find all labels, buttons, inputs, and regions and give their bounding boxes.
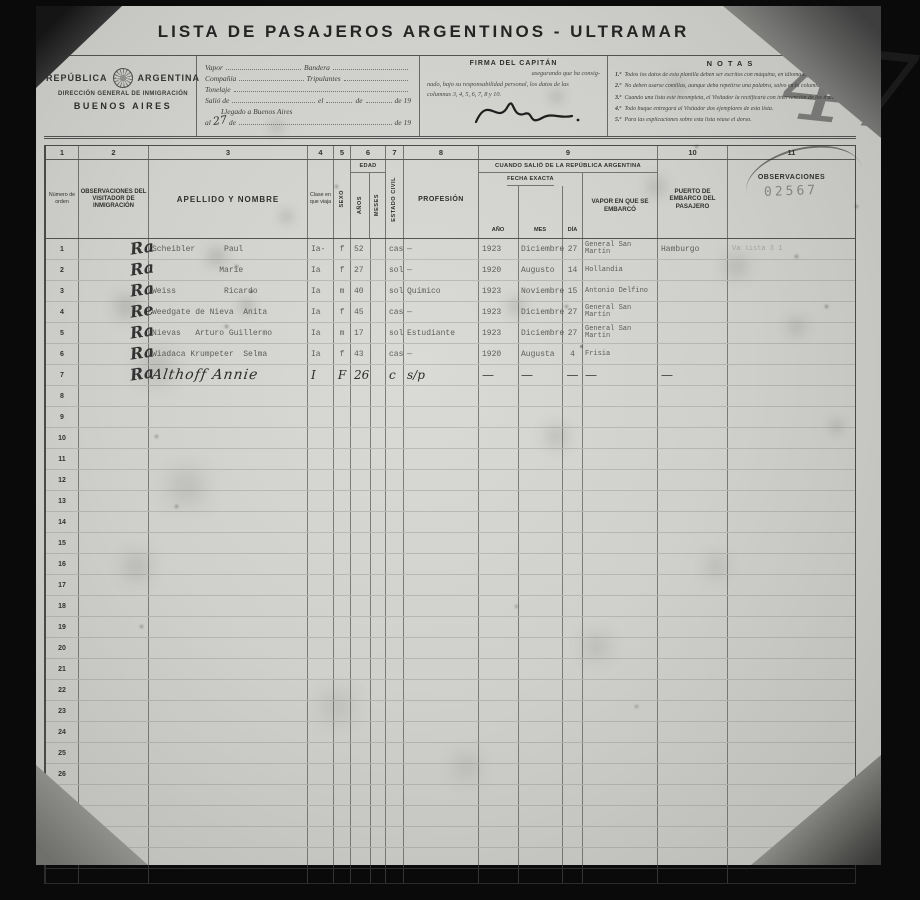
cell-text-ano: 1923 — [482, 287, 501, 296]
cell-name — [149, 785, 308, 805]
cell-clase — [308, 701, 334, 721]
cell-visitor — [79, 596, 149, 616]
cell-anos — [351, 575, 371, 595]
cell-name — [149, 470, 308, 490]
cell-ano — [479, 722, 519, 742]
cell-obs — [728, 617, 855, 637]
cell-sexo: f — [334, 302, 351, 322]
cell-ano — [479, 827, 519, 847]
cell-name — [149, 764, 308, 784]
cell-empty — [728, 869, 855, 883]
cell-sexo — [334, 722, 351, 742]
cell-dia — [563, 848, 583, 868]
cell-visitor — [79, 533, 149, 553]
col-number: 3 — [149, 146, 308, 159]
cell-text-clase: Ia — [311, 308, 321, 317]
cell-text-estado: sol — [389, 266, 403, 275]
cell-clase: Ia — [308, 323, 334, 343]
cell-dia — [563, 701, 583, 721]
cell-clase — [308, 638, 334, 658]
cell-vapor: Antonio Delfino — [583, 281, 658, 301]
cell-ano — [479, 386, 519, 406]
cell-prof — [404, 533, 479, 553]
cell-empty — [351, 869, 371, 883]
handwritten-arrival-day: 27 — [212, 113, 228, 128]
cell-vapor: Hollandia — [583, 260, 658, 280]
cell-estado — [386, 659, 404, 679]
cell-obs — [728, 449, 855, 469]
cell-dia — [563, 785, 583, 805]
cell-text-mes: Augusto — [521, 266, 555, 275]
cell-meses — [371, 470, 386, 490]
cell-empty — [308, 869, 334, 883]
visitor-mark: Ra — [129, 236, 155, 258]
cell-text-prof: — — [407, 350, 412, 359]
cell-clase: Ia — [308, 281, 334, 301]
cell-dia — [563, 554, 583, 574]
cell-ano — [479, 596, 519, 616]
cell-anos — [351, 764, 371, 784]
cell-text-name: Marie — [152, 266, 243, 275]
col-number: 6 — [351, 146, 386, 159]
cell-anos: 27 — [351, 260, 371, 280]
cell-text-clase: Ia — [311, 266, 321, 275]
cell-name — [149, 533, 308, 553]
cell-clase — [308, 596, 334, 616]
cell-obs — [728, 533, 855, 553]
cell-vapor — [583, 407, 658, 427]
cell-estado — [386, 701, 404, 721]
cell-prof — [404, 827, 479, 847]
cell-num: 16 — [46, 554, 79, 574]
cell-puerto — [658, 638, 728, 658]
cell-num: 24 — [46, 722, 79, 742]
cell-prof — [404, 701, 479, 721]
cell-sexo — [334, 512, 351, 532]
cell-estado — [386, 596, 404, 616]
cell-name — [149, 386, 308, 406]
cell-visitor — [79, 680, 149, 700]
cell-vapor — [583, 785, 658, 805]
cell-text-anos: 17 — [354, 329, 364, 338]
cell-mes: Augusta — [519, 344, 563, 364]
letterhead-buenos-aires: BUENOS AIRES — [50, 101, 196, 111]
cell-name — [149, 827, 308, 847]
table-row: 7Althoff AnnieIF26cs/p—————Ra — [46, 365, 855, 386]
cell-text-name: Althoff Annie — [151, 367, 260, 383]
cell-num: 1 — [46, 239, 79, 259]
cell-clase — [308, 512, 334, 532]
cell-name — [149, 407, 308, 427]
cell-estado: cas — [386, 344, 404, 364]
cell-obs — [728, 365, 855, 385]
cell-puerto — [658, 743, 728, 763]
dotted-line — [326, 102, 352, 103]
cell-clase — [308, 470, 334, 490]
cell-visitor — [79, 470, 149, 490]
cell-ano — [479, 680, 519, 700]
cell-meses — [371, 638, 386, 658]
dotted-line — [239, 124, 392, 125]
cell-sexo — [334, 638, 351, 658]
cell-prof — [404, 470, 479, 490]
cell-text-dia: 4 — [570, 350, 575, 359]
cell-anos — [351, 827, 371, 847]
cell-anos — [351, 428, 371, 448]
cell-ano: 1923 — [479, 239, 519, 259]
cell-num: 7 — [46, 365, 79, 385]
cell-puerto — [658, 260, 728, 280]
cell-dia — [563, 428, 583, 448]
letterhead-argentina: ARGENTINA — [138, 73, 201, 83]
cell-anos — [351, 470, 371, 490]
cell-visitor — [79, 764, 149, 784]
cell-mes — [519, 491, 563, 511]
cell-puerto: — — [658, 365, 728, 385]
cell-vapor: General San Martín — [583, 302, 658, 322]
dotted-line — [226, 69, 301, 70]
table-row: 1Scheibler PaulIa-f52cas—1923Diciembre27… — [46, 239, 855, 260]
table-row: 18 — [46, 596, 855, 617]
cell-meses — [371, 764, 386, 784]
cell-text-name: Scheibler Paul — [152, 245, 243, 254]
cell-sexo — [334, 806, 351, 826]
cell-empty — [583, 869, 658, 883]
cell-estado — [386, 848, 404, 868]
cell-num: 9 — [46, 407, 79, 427]
cell-puerto — [658, 491, 728, 511]
cell-meses — [371, 806, 386, 826]
cell-clase — [308, 449, 334, 469]
cell-ano — [479, 470, 519, 490]
dotted-line — [366, 102, 392, 103]
cell-sexo — [334, 449, 351, 469]
captain-text-line1: asegurando que ha consig- — [427, 70, 600, 78]
cell-sexo — [334, 386, 351, 406]
table-header: Número de orden OBSERVACIONES DEL VISITA… — [46, 160, 855, 239]
cell-text-sexo: F — [338, 368, 346, 382]
cell-sexo: f — [334, 260, 351, 280]
cell-text-mes: Diciembre — [521, 308, 564, 317]
cell-vapor — [583, 848, 658, 868]
cell-sexo — [334, 596, 351, 616]
cell-text-name: Wiadaca Krumpeter Selma — [152, 350, 267, 359]
cell-estado — [386, 743, 404, 763]
cell-mes — [519, 575, 563, 595]
table-row: 25 — [46, 743, 855, 764]
cell-visitor — [79, 617, 149, 637]
cell-puerto — [658, 785, 728, 805]
cell-name: Weedgate de Nieva Anita — [149, 302, 308, 322]
letterhead: REPÚBLICA ARGENTINA DIRECCIÓN GENERAL DE… — [50, 68, 196, 111]
cell-clase — [308, 491, 334, 511]
cell-puerto — [658, 701, 728, 721]
passenger-table: 1 2 3 4 5 6 7 8 9 10 11 Número de orden … — [44, 145, 856, 884]
table-row: 14 — [46, 512, 855, 533]
cell-estado — [386, 806, 404, 826]
cell-num: 13 — [46, 491, 79, 511]
cell-num: 4 — [46, 302, 79, 322]
table-row: 27 — [46, 785, 855, 806]
cell-text-anos: 26 — [354, 368, 369, 382]
cell-num: 22 — [46, 680, 79, 700]
cell-puerto — [658, 554, 728, 574]
col-number: 5 — [334, 146, 351, 159]
cell-dia: 4 — [563, 344, 583, 364]
cell-mes — [519, 449, 563, 469]
cell-prof: s/p — [404, 365, 479, 385]
cell-anos — [351, 449, 371, 469]
cell-clase: Ia- — [308, 239, 334, 259]
cell-anos: 43 — [351, 344, 371, 364]
cell-num: 15 — [46, 533, 79, 553]
cell-puerto — [658, 470, 728, 490]
cell-text-vapor: — — [585, 368, 597, 382]
cell-estado: c — [386, 365, 404, 385]
dotted-line — [239, 80, 303, 81]
cell-dia — [563, 659, 583, 679]
cell-text-ano: — — [482, 368, 494, 382]
cell-dia — [563, 491, 583, 511]
cell-prof: Estudiante — [404, 323, 479, 343]
header-dia: DÍA — [563, 186, 583, 238]
cell-meses — [371, 701, 386, 721]
visitor-mark: Ra — [129, 362, 155, 384]
cell-prof: — — [404, 302, 479, 322]
visitor-mark: Ra — [129, 320, 155, 342]
cell-sexo: f — [334, 239, 351, 259]
cell-clase — [308, 386, 334, 406]
cell-text-clase: Ia — [311, 350, 321, 359]
cell-anos — [351, 743, 371, 763]
header-edad-group: EDAD AÑOS MESES — [351, 160, 386, 238]
cell-obs — [728, 491, 855, 511]
cell-mes: Augusto — [519, 260, 563, 280]
nota-number: 4.ª — [615, 106, 621, 112]
cell-mes — [519, 533, 563, 553]
cell-text-anos: 43 — [354, 350, 364, 359]
cell-name — [149, 680, 308, 700]
cell-anos — [351, 701, 371, 721]
cell-text-ano: 1920 — [482, 266, 501, 275]
visitor-mark: Ra — [129, 341, 155, 363]
cell-obs — [728, 302, 855, 322]
cell-sexo — [334, 701, 351, 721]
cell-vapor — [583, 764, 658, 784]
cell-estado — [386, 575, 404, 595]
cell-puerto — [658, 512, 728, 532]
cell-mes — [519, 764, 563, 784]
table-row: 15 — [46, 533, 855, 554]
cell-text-vapor: Frisia — [585, 351, 610, 358]
cell-prof — [404, 722, 479, 742]
cell-empty — [563, 869, 583, 883]
cell-vapor — [583, 554, 658, 574]
cell-obs — [728, 575, 855, 595]
cell-num: 2 — [46, 260, 79, 280]
cell-mes — [519, 680, 563, 700]
cell-prof — [404, 764, 479, 784]
cell-text-sexo: m — [340, 329, 345, 338]
cell-estado — [386, 407, 404, 427]
cell-prof: — — [404, 260, 479, 280]
cell-meses — [371, 659, 386, 679]
table-rows: 1Scheibler PaulIa-f52cas—1923Diciembre27… — [46, 239, 855, 883]
cell-ano: — — [479, 365, 519, 385]
visitor-mark: Ra — [129, 278, 155, 300]
cell-vapor — [583, 533, 658, 553]
cell-anos — [351, 680, 371, 700]
cell-prof — [404, 785, 479, 805]
cell-ano — [479, 575, 519, 595]
cell-prof — [404, 512, 479, 532]
cell-dia: 27 — [563, 239, 583, 259]
header-numero-orden: Número de orden — [46, 160, 79, 238]
table-row: 10 — [46, 428, 855, 449]
cell-clase — [308, 575, 334, 595]
cell-text-prof: s/p — [407, 368, 425, 382]
cell-text-clase: Ia- — [311, 245, 325, 254]
cell-obs — [728, 512, 855, 532]
nota-text: Para las explicaciones sobre esta lista … — [624, 117, 751, 123]
cell-puerto — [658, 806, 728, 826]
cell-text-prof: — — [407, 245, 412, 254]
cell-name: Wiadaca Krumpeter Selma — [149, 344, 308, 364]
cell-estado — [386, 470, 404, 490]
cell-estado — [386, 680, 404, 700]
cell-mes — [519, 743, 563, 763]
header-edad: EDAD — [351, 160, 385, 173]
cell-prof — [404, 806, 479, 826]
cell-estado — [386, 827, 404, 847]
cell-ano — [479, 554, 519, 574]
cell-visitor — [79, 722, 149, 742]
cell-num: 5 — [46, 323, 79, 343]
cell-empty — [386, 869, 404, 883]
cell-text-mes: Augusta — [521, 350, 555, 359]
cell-ano: 1920 — [479, 344, 519, 364]
table-row: 19 — [46, 617, 855, 638]
cell-meses — [371, 428, 386, 448]
cell-num: 19 — [46, 617, 79, 637]
cell-mes — [519, 722, 563, 742]
cell-estado: sol — [386, 281, 404, 301]
cell-name: Scheibler Paul — [149, 239, 308, 259]
cell-anos — [351, 617, 371, 637]
cell-prof — [404, 575, 479, 595]
label-tripulantes: Tripulantes — [307, 74, 341, 83]
cell-clase: Ia — [308, 302, 334, 322]
label-de-2: de — [229, 118, 236, 127]
header-cuando-salio-group: CUANDO SALIÓ DE LA REPÚBLICA ARGENTINA F… — [479, 160, 658, 238]
cell-text-sexo: f — [340, 308, 345, 317]
cell-text-vapor: General San Martín — [585, 326, 657, 340]
cell-anos — [351, 596, 371, 616]
cell-mes — [519, 554, 563, 574]
cell-sexo — [334, 407, 351, 427]
cell-dia — [563, 407, 583, 427]
cell-mes — [519, 596, 563, 616]
cell-anos — [351, 554, 371, 574]
cell-estado: sol — [386, 323, 404, 343]
cell-puerto — [658, 302, 728, 322]
cell-name — [149, 806, 308, 826]
cell-obs — [728, 554, 855, 574]
cell-dia — [563, 596, 583, 616]
cell-sexo — [334, 764, 351, 784]
table-filler-row — [46, 869, 855, 883]
col-number: 4 — [308, 146, 334, 159]
cell-estado — [386, 722, 404, 742]
nota-number: 5.ª — [615, 117, 621, 123]
scanned-passenger-list-page: LISTA DE PASAJEROS ARGENTINOS - ULTRAMAR… — [36, 6, 881, 865]
cell-name — [149, 722, 308, 742]
cell-clase — [308, 680, 334, 700]
cell-prof — [404, 617, 479, 637]
col-number: 8 — [404, 146, 479, 159]
table-row: 13 — [46, 491, 855, 512]
cell-vapor — [583, 596, 658, 616]
header-vapor-embarco: VAPOR EN QUE SE EMBARCÓ — [583, 173, 657, 238]
table-row: 8 — [46, 386, 855, 407]
table-row: 30 — [46, 848, 855, 869]
cell-mes — [519, 638, 563, 658]
cell-ano — [479, 848, 519, 868]
cell-name — [149, 554, 308, 574]
cell-anos — [351, 659, 371, 679]
col-number: 7 — [386, 146, 404, 159]
table-row: 3Weiss RicardoIam40solQuímico1923Noviemb… — [46, 281, 855, 302]
table-row: 21 — [46, 659, 855, 680]
page-title: LISTA DE PASAJEROS ARGENTINOS - ULTRAMAR — [36, 22, 811, 42]
cell-num: 20 — [46, 638, 79, 658]
cell-obs — [728, 470, 855, 490]
cell-text-estado: sol — [389, 287, 403, 296]
cell-sexo — [334, 533, 351, 553]
cell-puerto: Hamburgo — [658, 239, 728, 259]
cell-estado — [386, 428, 404, 448]
cell-text-ano: 1923 — [482, 329, 501, 338]
cell-empty — [404, 869, 479, 883]
cell-estado — [386, 764, 404, 784]
label-llegado: Llegado a Buenos Aires — [221, 107, 292, 116]
cell-text-estado: sol — [389, 329, 403, 338]
cell-clase: Ia — [308, 344, 334, 364]
cell-num: 10 — [46, 428, 79, 448]
cell-prof — [404, 428, 479, 448]
label-de19: de 19 — [395, 96, 411, 105]
cell-text-dia: 27 — [568, 329, 578, 338]
header-fecha-group: FECHA EXACTA AÑO MES DÍA — [479, 173, 583, 238]
cell-mes: Noviembre — [519, 281, 563, 301]
cell-puerto — [658, 428, 728, 448]
table-row: 29 — [46, 827, 855, 848]
table-row: 24 — [46, 722, 855, 743]
cell-vapor — [583, 659, 658, 679]
cell-mes: Diciembre — [519, 302, 563, 322]
dotted-line — [333, 69, 408, 70]
nota-text: Todo buque entregará al Visitador dos ej… — [624, 106, 773, 112]
table-row: 11 — [46, 449, 855, 470]
cell-prof — [404, 407, 479, 427]
cell-sexo — [334, 680, 351, 700]
cell-dia — [563, 764, 583, 784]
cell-anos: 52 — [351, 239, 371, 259]
cell-estado: cas — [386, 302, 404, 322]
cell-mes — [519, 701, 563, 721]
captain-box-title: FIRMA DEL CAPITÁN — [427, 60, 600, 67]
argentina-seal-icon — [113, 68, 133, 88]
